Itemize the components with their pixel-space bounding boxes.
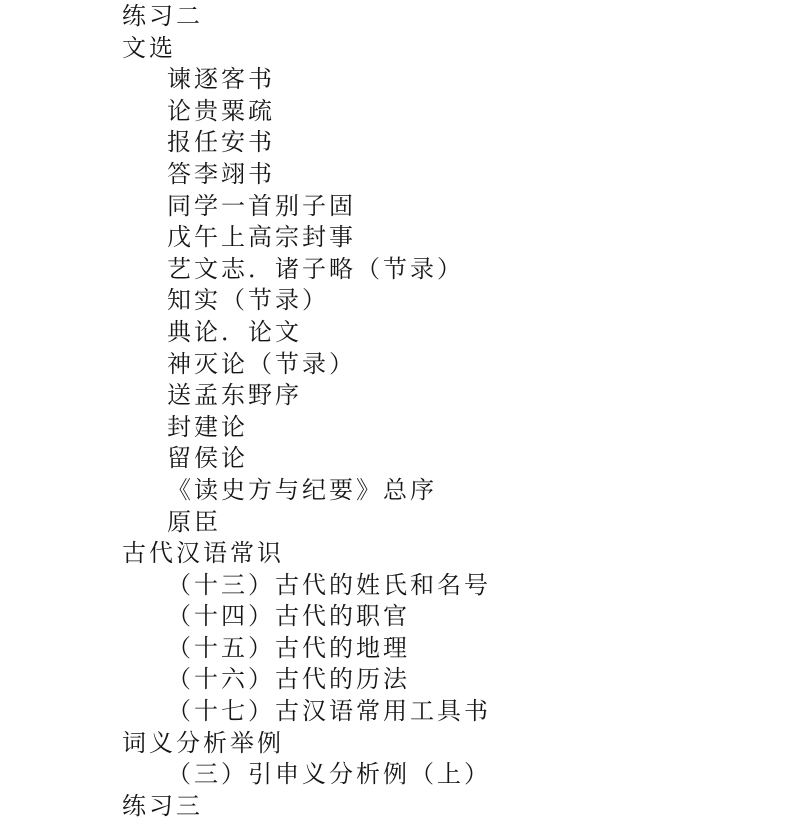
toc-item: 报任安书 (122, 127, 491, 159)
toc-item: 答李翊书 (122, 159, 491, 191)
toc-item: 送孟东野序 (122, 380, 491, 412)
toc-item: 典论．论文 (122, 317, 491, 349)
toc-item: 练习三 (122, 791, 491, 823)
toc-item: 文选 (122, 33, 491, 65)
toc-item: （十七）古汉语常用工具书 (122, 696, 491, 728)
toc-item: 《读史方与纪要》总序 (122, 475, 491, 507)
toc-item: 练习二 (122, 1, 491, 33)
toc-item: （十五）古代的地理 (122, 633, 491, 665)
toc-item: 封建论 (122, 412, 491, 444)
document-page: 练习二 文选 谏逐客书 论贵粟疏 报任安书 答李翊书 同学一首别子固 戊午上高宗… (0, 0, 790, 834)
toc-item: （十四）古代的职官 (122, 601, 491, 633)
toc-item: 谏逐客书 (122, 64, 491, 96)
toc-item: （十六）古代的历法 (122, 664, 491, 696)
toc-item: 戊午上高宗封事 (122, 222, 491, 254)
toc-item: 知实（节录） (122, 285, 491, 317)
table-of-contents: 练习二 文选 谏逐客书 论贵粟疏 报任安书 答李翊书 同学一首别子固 戊午上高宗… (122, 1, 491, 822)
toc-item: 神灭论（节录） (122, 349, 491, 381)
toc-item: 同学一首别子固 (122, 191, 491, 223)
toc-item: 古代汉语常识 (122, 538, 491, 570)
toc-item: 词义分析举例 (122, 728, 491, 760)
toc-item: 留侯论 (122, 443, 491, 475)
toc-item: （三）引申义分析例（上） (122, 759, 491, 791)
toc-item: 艺文志．诸子略（节录） (122, 254, 491, 286)
toc-item: （十三）古代的姓氏和名号 (122, 570, 491, 602)
toc-item: 原臣 (122, 507, 491, 539)
toc-item: 论贵粟疏 (122, 96, 491, 128)
